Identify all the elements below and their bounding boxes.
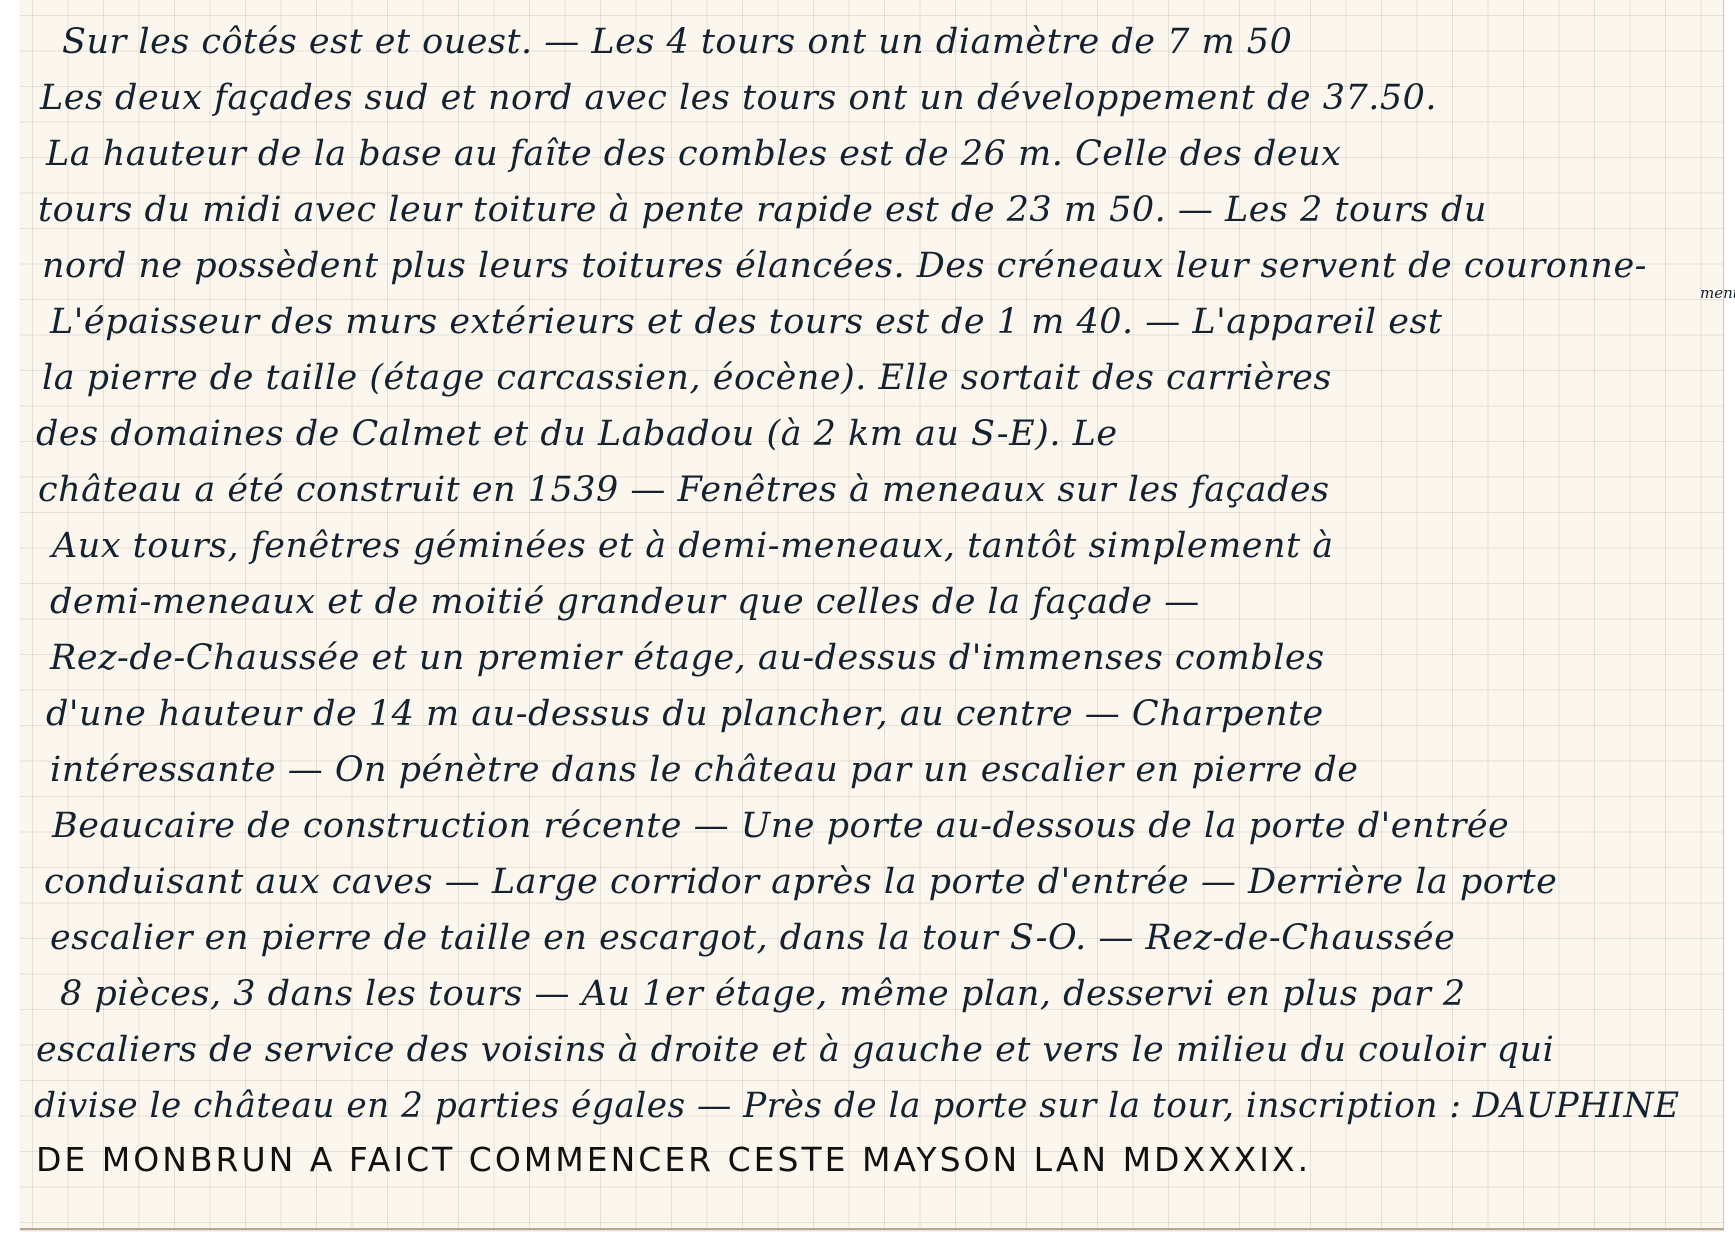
text-line-7: la pierre de taille (étage carcassien, é… — [42, 358, 1332, 398]
text-line-4: tours du midi avec leur toiture à pente … — [38, 190, 1487, 230]
text-line-17: escalier en pierre de taille en escargot… — [50, 918, 1455, 958]
inscription-line: DE MONBRUN A FAICT COMMENCER CESTE MAYSO… — [36, 1140, 1311, 1180]
grid-paper-page: Sur les côtés est et ouest. — Les 4 tour… — [20, 0, 1724, 1230]
text-line-1: Sur les côtés est et ouest. — Les 4 tour… — [62, 22, 1292, 62]
text-line-5: nord ne possèdent plus leurs toitures él… — [42, 246, 1647, 286]
text-line-6: L'épaisseur des murs extérieurs et des t… — [50, 302, 1443, 342]
text-line-10: Aux tours, fenêtres géminées et à demi-m… — [52, 526, 1334, 566]
text-line-11: demi-meneaux et de moitié grandeur que c… — [50, 582, 1200, 622]
text-line-16: conduisant aux caves — Large corridor ap… — [44, 862, 1557, 902]
text-line-15: Beaucaire de construction récente — Une … — [52, 806, 1509, 846]
margin-note: ment — [1700, 284, 1735, 302]
text-line-20: divise le château en 2 parties égales — … — [34, 1086, 1680, 1126]
text-line-13: d'une hauteur de 14 m au-dessus du planc… — [46, 694, 1324, 734]
text-line-8: des domaines de Calmet et du Labadou (à … — [36, 414, 1118, 454]
text-line-14: intéressante — On pénètre dans le châtea… — [50, 750, 1358, 790]
text-line-9: château a été construit en 1539 — Fenêtr… — [38, 470, 1330, 510]
text-line-2: Les deux façades sud et nord avec les to… — [40, 78, 1437, 118]
text-line-18: 8 pièces, 3 dans les tours — Au 1er étag… — [60, 974, 1466, 1014]
text-line-12: Rez-de-Chaussée et un premier étage, au-… — [50, 638, 1325, 678]
text-line-3: La hauteur de la base au faîte des combl… — [46, 134, 1341, 174]
text-line-19: escaliers de service des voisins à droit… — [36, 1030, 1554, 1070]
